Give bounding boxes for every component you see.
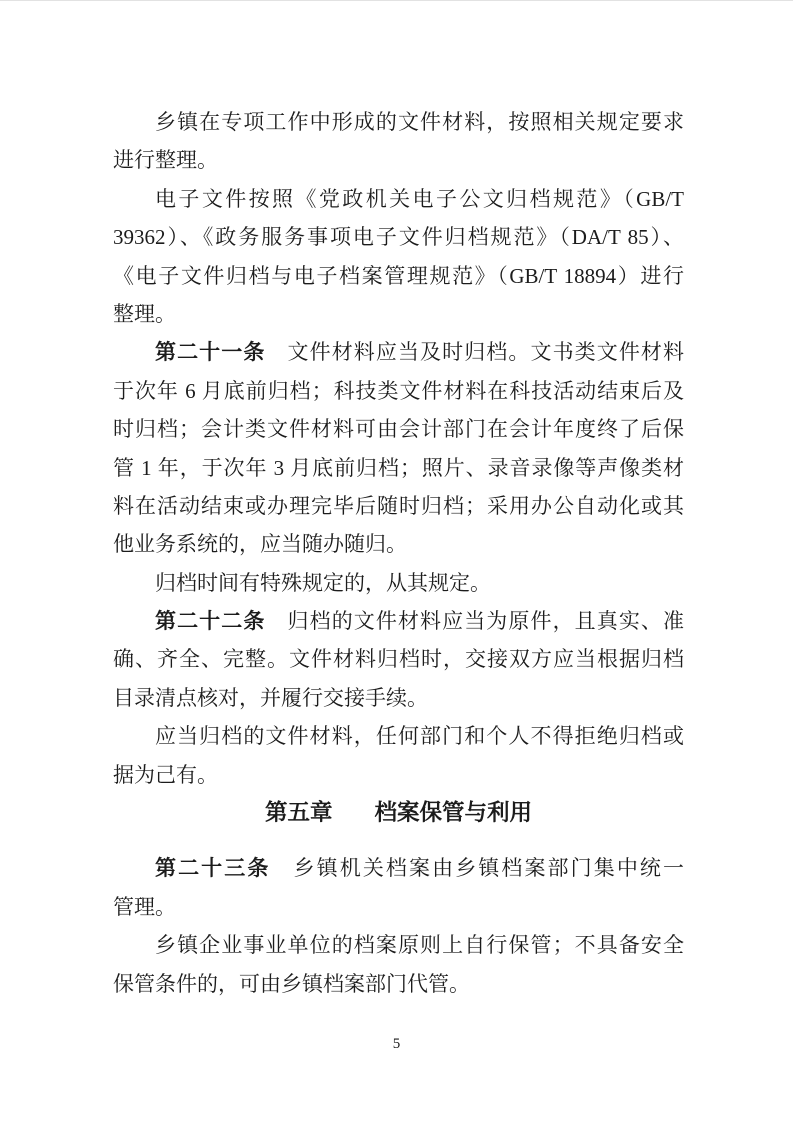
page-footer: 5 — [0, 1034, 793, 1054]
text-line: 管理。 — [113, 888, 684, 926]
text-line: 整理。 — [113, 295, 684, 333]
article-number: 第二十三条 — [155, 857, 270, 880]
text-line: 电子文件按照《党政机关电子公文归档规范》（GB/T — [113, 180, 684, 218]
text-line: 据为己有。 — [113, 756, 684, 794]
paragraph: 电子文件按照《党政机关电子公文归档规范》（GB/T 39362）、《政务服务事项… — [113, 180, 684, 334]
text-line: 保管条件的，可由乡镇档案部门代管。 — [113, 965, 684, 1003]
paragraph: 乡镇企业事业单位的档案原则上自行保管；不具备安全 保管条件的，可由乡镇档案部门代… — [113, 926, 684, 1003]
page-number: 5 — [393, 1036, 401, 1052]
text-line: 料在活动结束或办理完毕后随时归档；采用办公自动化或其 — [113, 487, 684, 525]
article-number: 第二十二条 — [155, 610, 265, 633]
chapter-title: 档案保管与利用 — [375, 800, 533, 825]
text-line: 目录清点核对，并履行交接手续。 — [113, 679, 684, 717]
paragraph: 归档时间有特殊规定的，从其规定。 — [113, 564, 684, 602]
paragraph: 乡镇在专项工作中形成的文件材料，按照相关规定要求 进行整理。 — [113, 103, 684, 180]
text-line: 于次年 6 月底前归档；科技类文件材料在科技活动结束后及 — [113, 372, 684, 410]
text-line: 39362）、《政务服务事项电子文件归档规范》（DA/T 85）、 — [113, 218, 684, 256]
text-line: 进行整理。 — [113, 141, 684, 179]
text-line: 他业务系统的，应当随办随归。 — [113, 525, 684, 563]
document-body: 乡镇在专项工作中形成的文件材料，按照相关规定要求 进行整理。 电子文件按照《党政… — [113, 103, 684, 1003]
text-line: 应当归档的文件材料，任何部门和个人不得拒绝归档或 — [113, 717, 684, 755]
text-line: 第二十二条 归档的文件材料应当为原件，且真实、准 — [113, 602, 684, 640]
text-line: 归档时间有特殊规定的，从其规定。 — [113, 564, 684, 602]
text-line: 确、齐全、完整。文件材料归档时，交接双方应当根据归档 — [113, 640, 684, 678]
text-line: 时归档；会计类文件材料可由会计部门在会计年度终了后保 — [113, 410, 684, 448]
article-number: 第二十一条 — [155, 341, 265, 364]
text-line: 《电子文件归档与电子档案管理规范》（GB/T 18894）进行 — [113, 257, 684, 295]
text-line: 乡镇在专项工作中形成的文件材料，按照相关规定要求 — [113, 103, 684, 141]
text-line: 乡镇企业事业单位的档案原则上自行保管；不具备安全 — [113, 926, 684, 964]
article-text: 乡镇机关档案由乡镇档案部门集中统一 — [270, 856, 684, 880]
article-text: 归档的文件材料应当为原件，且真实、准 — [265, 609, 684, 633]
text-line: 管 1 年，于次年 3 月底前归档；照片、录音录像等声像类材 — [113, 449, 684, 487]
paragraph: 第二十一条 文件材料应当及时归档。文书类文件材料 于次年 6 月底前归档；科技类… — [113, 333, 684, 563]
article-text: 文件材料应当及时归档。文书类文件材料 — [265, 340, 684, 364]
text-line: 第二十三条 乡镇机关档案由乡镇档案部门集中统一 — [113, 849, 684, 887]
paragraph: 第二十三条 乡镇机关档案由乡镇档案部门集中统一 管理。 — [113, 849, 684, 926]
paragraph: 第二十二条 归档的文件材料应当为原件，且真实、准 确、齐全、完整。文件材料归档时… — [113, 602, 684, 717]
document-page: 乡镇在专项工作中形成的文件材料，按照相关规定要求 进行整理。 电子文件按照《党政… — [0, 0, 793, 1122]
text-line: 第二十一条 文件材料应当及时归档。文书类文件材料 — [113, 333, 684, 371]
chapter-number: 第五章 — [265, 800, 333, 825]
chapter-heading: 第五章档案保管与利用 — [113, 794, 684, 832]
paragraph: 应当归档的文件材料，任何部门和个人不得拒绝归档或 据为己有。 — [113, 717, 684, 794]
